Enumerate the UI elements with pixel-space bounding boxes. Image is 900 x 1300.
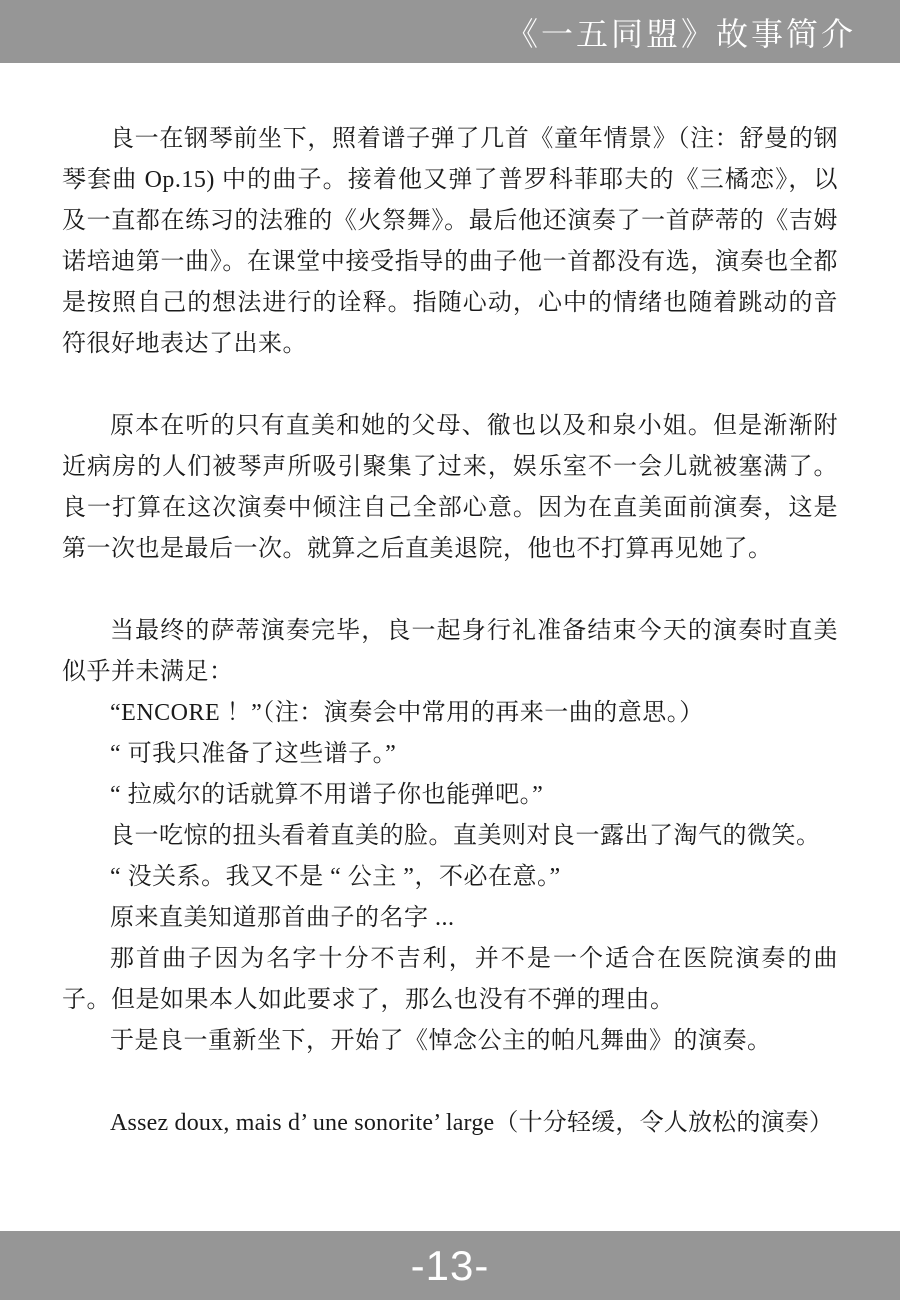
paragraph: 原来直美知道那首曲子的名字 ... [62,898,838,939]
footer-bar: -13- [0,1231,900,1300]
page-title: 《一五同盟》故事简介 [506,9,856,55]
paragraph: “ 没关系。我又不是 “ 公主 ”，不必在意。” [62,857,838,898]
paragraph: 那首曲子因为名字十分不吉利，并不是一个适合在医院演奏的曲子。但是如果本人如此要求… [62,939,838,1021]
paragraph: 于是良一重新坐下，开始了《悼念公主的帕凡舞曲》的演奏。 [62,1021,838,1062]
paragraph: 良一吃惊的扭头看着直美的脸。直美则对良一露出了淘气的微笑。 [62,816,838,857]
story-page: 《一五同盟》故事简介 良一在钢琴前坐下，照着谱子弹了几首《童年情景》（注：舒曼的… [0,0,900,1300]
page-number: -13- [411,1242,490,1290]
paragraph: “ 拉威尔的话就算不用谱子你也能弹吧。” [62,775,838,816]
paragraph: “ENCORE ！”（注：演奏会中常用的再来一曲的意思。） [62,693,838,734]
header-bar: 《一五同盟》故事简介 [0,0,900,63]
paragraph: Assez doux, mais d’ une sonorite’ large（… [62,1103,838,1144]
story-text-area: 良一在钢琴前坐下，照着谱子弹了几首《童年情景》（注：舒曼的钢琴套曲 Op.15)… [0,63,900,1144]
paragraph: 原本在听的只有直美和她的父母、徹也以及和泉小姐。但是渐渐附近病房的人们被琴声所吸… [62,406,838,570]
paragraph: “ 可我只准备了这些谱子。” [62,734,838,775]
paragraph: 当最终的萨蒂演奏完毕，良一起身行礼准备结束今天的演奏时直美似乎并未满足： [62,611,838,693]
paragraph: 良一在钢琴前坐下，照着谱子弹了几首《童年情景》（注：舒曼的钢琴套曲 Op.15)… [62,119,838,365]
